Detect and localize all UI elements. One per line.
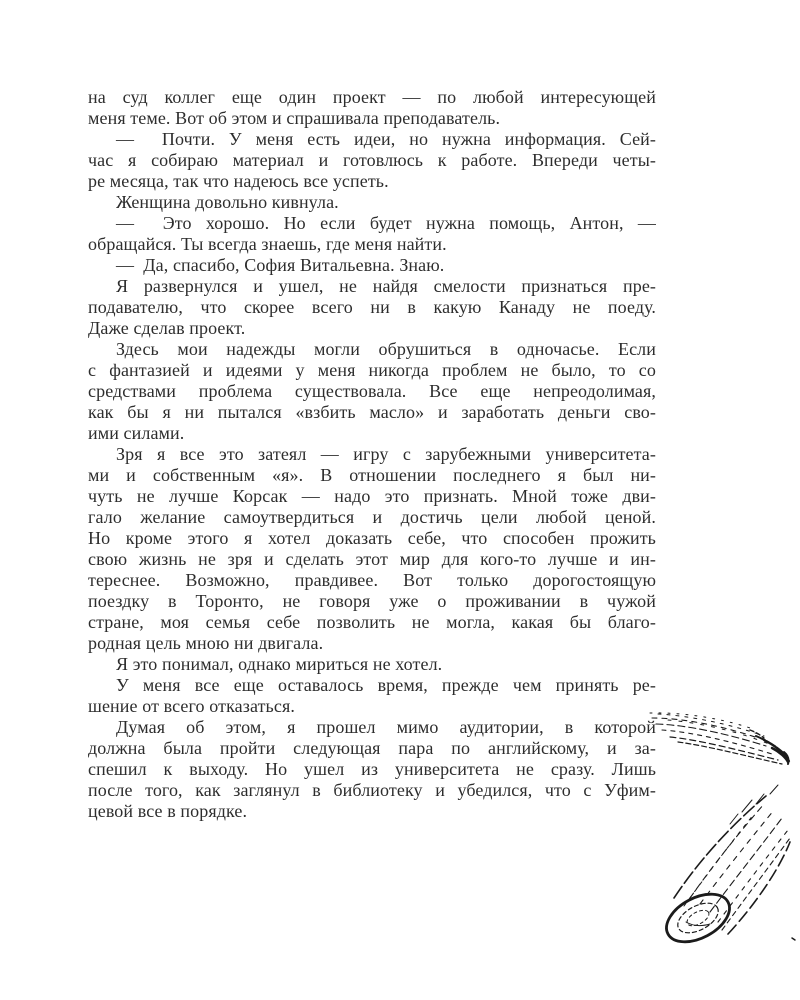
text-line: ими силами. <box>88 423 656 444</box>
text-line: обращайся. Ты всегда знаешь, где меня на… <box>88 234 656 255</box>
text-line: ре месяца, так что надеюсь все успеть. <box>88 171 656 192</box>
text-line: с фантазией и идеями у меня никогда проб… <box>88 360 656 381</box>
text-line: — Это хорошо. Но если будет нужна помощь… <box>88 213 656 234</box>
text-line: свою жизнь не зря и сделать этот мир для… <box>88 549 656 570</box>
text-line: гало желание самоутвердиться и достичь ц… <box>88 507 656 528</box>
text-line: чуть не лучше Корсак — надо это признать… <box>88 486 656 507</box>
text-line: после того, как заглянул в библиотеку и … <box>88 780 656 801</box>
text-line: поездку в Торонто, не говоря уже о прожи… <box>88 591 656 612</box>
top-log-sketch <box>650 713 789 764</box>
text-line: должна была пройти следующая пара по анг… <box>88 738 656 759</box>
bottom-log-sketch <box>659 785 790 952</box>
text-line: тереснее. Возможно, правдивее. Вот тольк… <box>88 570 656 591</box>
text-line: на суд коллег еще один проект — по любой… <box>88 87 656 108</box>
text-line: Женщина довольно кивнула. <box>88 192 656 213</box>
text-line: как бы я ни пытался «взбить масло» и зар… <box>88 402 656 423</box>
ink-speck <box>792 938 795 940</box>
text-line: — Да, спасибо, София Витальевна. Знаю. <box>88 255 656 276</box>
text-line: — Почти. У меня есть идеи, но нужна инфо… <box>88 129 656 150</box>
text-line: стране, моя семья себе позволить не могл… <box>88 612 656 633</box>
log-sketch-illustration <box>638 692 800 954</box>
text-line: Зря я все это затеял — игру с зарубежным… <box>88 444 656 465</box>
text-line: спешил к выходу. Но ушел из университета… <box>88 759 656 780</box>
text-line: шение от всего отказаться. <box>88 696 656 717</box>
text-line: Но кроме этого я хотел доказать себе, чт… <box>88 528 656 549</box>
text-column: на суд коллег еще один проект — по любой… <box>88 87 656 822</box>
text-line: цевой все в порядке. <box>88 801 656 822</box>
text-line: У меня все еще оставалось время, прежде … <box>88 675 656 696</box>
text-line: Думая об этом, я прошел мимо аудитории, … <box>88 717 656 738</box>
text-line: средствами проблема существовала. Все ещ… <box>88 381 656 402</box>
text-line: родная цель мною ни двигала. <box>88 633 656 654</box>
text-line: час я собираю материал и готовлюсь к раб… <box>88 150 656 171</box>
text-line: Я это понимал, однако мириться не хотел. <box>88 654 656 675</box>
text-line: подавателю, что скорее всего ни в какую … <box>88 297 656 318</box>
text-line: ми и собственным «я». В отношении послед… <box>88 465 656 486</box>
ink-sketch-two-logs-svg <box>638 692 800 954</box>
text-line: Я развернулся и ушел, не найдя смелости … <box>88 276 656 297</box>
book-page: на суд коллег еще один проект — по любой… <box>0 0 800 1000</box>
text-line: Здесь мои надежды могли обрушиться в одн… <box>88 339 656 360</box>
text-line: Даже сделав проект. <box>88 318 656 339</box>
text-line: меня теме. Вот об этом и спрашивала преп… <box>88 108 656 129</box>
